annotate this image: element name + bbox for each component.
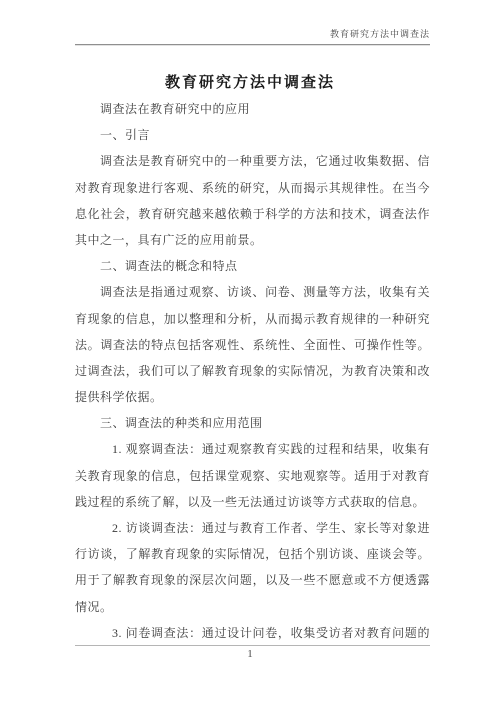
body-line: 三、调查法的种类和应用范围 xyxy=(75,410,430,436)
body-line: 3. 问卷调查法：通过设计问卷，收集受访者对教育问题的 xyxy=(75,620,430,646)
body-line: 法。调查法的特点包括客观性、系统性、全面性、可操作性等。通 xyxy=(75,332,430,358)
body-text: 调查法在教育研究中的应用一、引言调查法是教育研究中的一种重要方法，它通过收集数据… xyxy=(75,96,430,646)
body-line: 调查法是教育研究中的一种重要方法，它通过收集数据、信息， xyxy=(75,148,430,174)
body-line: 调查法在教育研究中的应用 xyxy=(75,96,430,122)
body-line: 1. 观察调查法：通过观察教育实践的过程和结果，收集有 xyxy=(75,436,430,462)
header-rule xyxy=(75,44,430,46)
page-number: 1 xyxy=(0,648,500,660)
running-header: 教育研究方法中调查法 xyxy=(330,27,430,40)
document-page: 教育研究方法中调查法 教育研究方法中调查法 调查法在教育研究中的应用一、引言调查… xyxy=(0,0,500,707)
body-line: 行访谈，了解教育现象的实际情况，包括个别访谈、座谈会等。适 xyxy=(75,541,430,567)
body-line: 用于了解教育现象的深层次问题，以及一些不愿意或不方便透露的 xyxy=(75,567,430,593)
body-line: 对教育现象进行客观、系统的研究，从而揭示其规律性。在当今信 xyxy=(75,175,430,201)
body-line: 二、调查法的概念和特点 xyxy=(75,253,430,279)
body-line: 提供科学依据。 xyxy=(75,384,430,410)
body-line: 调查法是指通过观察、访谈、问卷、测量等方法，收集有关教 xyxy=(75,279,430,305)
body-line: 关教育现象的信息，包括课堂观察、实地观察等。适用于对教育实 xyxy=(75,463,430,489)
body-line: 2. 访谈调查法：通过与教育工作者、学生、家长等对象进 xyxy=(75,515,430,541)
body-line: 践过程的系统了解，以及一些无法通过访谈等方式获取的信息。 xyxy=(75,489,430,515)
body-line: 其中之一，具有广泛的应用前景。 xyxy=(75,227,430,253)
body-line: 育现象的信息，加以整理和分析，从而揭示教育规律的一种研究方 xyxy=(75,306,430,332)
footer-rule xyxy=(75,645,430,646)
page-title: 教育研究方法中调查法 xyxy=(0,71,500,92)
body-line: 一、引言 xyxy=(75,122,430,148)
body-line: 过调查法，我们可以了解教育现象的实际情况，为教育决策和改革 xyxy=(75,358,430,384)
body-line: 息化社会，教育研究越来越依赖于科学的方法和技术，调查法作为 xyxy=(75,201,430,227)
body-line: 情况。 xyxy=(75,594,430,620)
